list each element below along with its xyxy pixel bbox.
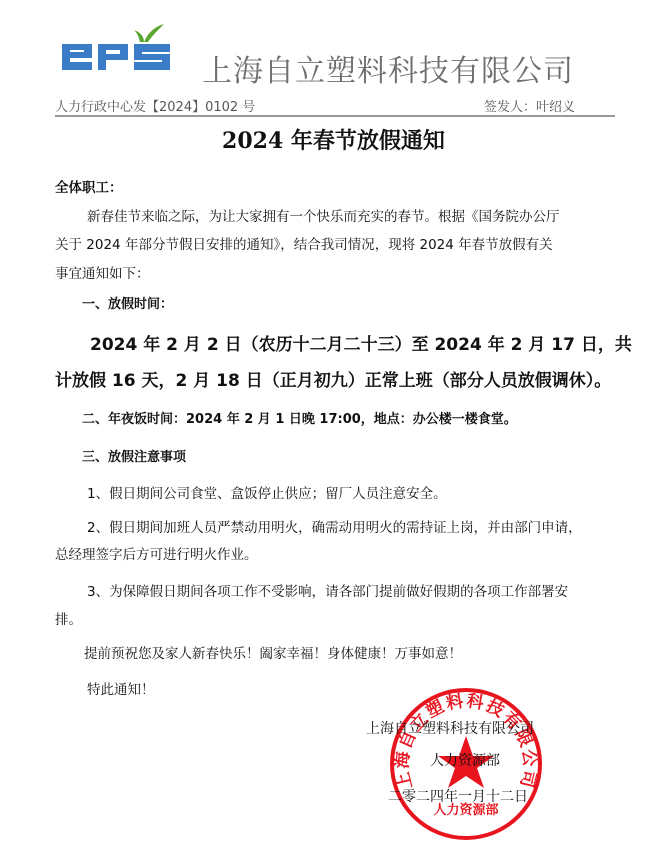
section-heading-dinner: 二、年夜饭时间：2024 年 2 月 1 日晚 17:00，地点：办公楼一楼食堂…: [82, 408, 517, 427]
leaf-icon: [134, 30, 144, 42]
company-logo: [60, 24, 188, 76]
signature-department: 人力资源部: [430, 750, 500, 770]
intro-line-1: 新春佳节来临之际，为让大家拥有一个快乐而充实的春节。根据《国务院办公厅: [87, 205, 560, 225]
document-title: 2024 年春节放假通知: [0, 124, 667, 155]
salutation: 全体职工：: [55, 176, 123, 196]
document-number: 人力行政中心发【2024】0102 号: [55, 96, 255, 115]
note-item-2-line-2: 总经理签字后方可进行明火作业。: [55, 543, 258, 563]
wishes: 提前预祝您及家人新春快乐！阖家幸福！身体健康！万事如意！: [84, 642, 462, 662]
note-item-3-line-2: 排。: [55, 608, 82, 628]
signature-company: 上海自立塑料科技有限公司: [366, 718, 534, 738]
section-heading-holiday-time: 一、放假时间：: [82, 293, 173, 312]
note-item-1: 1、假日期间公司食堂、盒饭停止供应；留厂人员注意安全。: [87, 482, 447, 502]
intro-line-2: 关于 2024 年部分节假日安排的通知》，结合我司情况，现将 2024 年春节放…: [55, 233, 553, 253]
signer: 签发人：叶绍义: [484, 96, 575, 115]
holiday-time-line-2: 计放假 16 天，2 月 18 日（正月初九）正常上班（部分人员放假调休）。: [55, 366, 611, 391]
header-divider: [55, 115, 615, 117]
note-item-3-line-1: 3、为保障假日期间各项工作不受影响，请各部门提前做好假期的各项工作部署安: [87, 580, 568, 600]
holiday-time-line-1: 2024 年 2 月 2 日（农历十二月二十三）至 2024 年 2 月 17 …: [90, 330, 632, 355]
company-name: 上海自立塑料科技有限公司: [202, 46, 574, 90]
note-item-2-line-1: 2、假日期间加班人员严禁动用明火，确需动用明火的需持证上岗，并由部门申请，: [87, 516, 582, 536]
closing: 特此通知！: [87, 678, 155, 698]
section-heading-notes: 三、放假注意事项: [82, 446, 186, 465]
signature-date: 二零二四年一月十二日: [388, 786, 528, 806]
intro-line-3: 事宜通知如下：: [55, 262, 150, 282]
